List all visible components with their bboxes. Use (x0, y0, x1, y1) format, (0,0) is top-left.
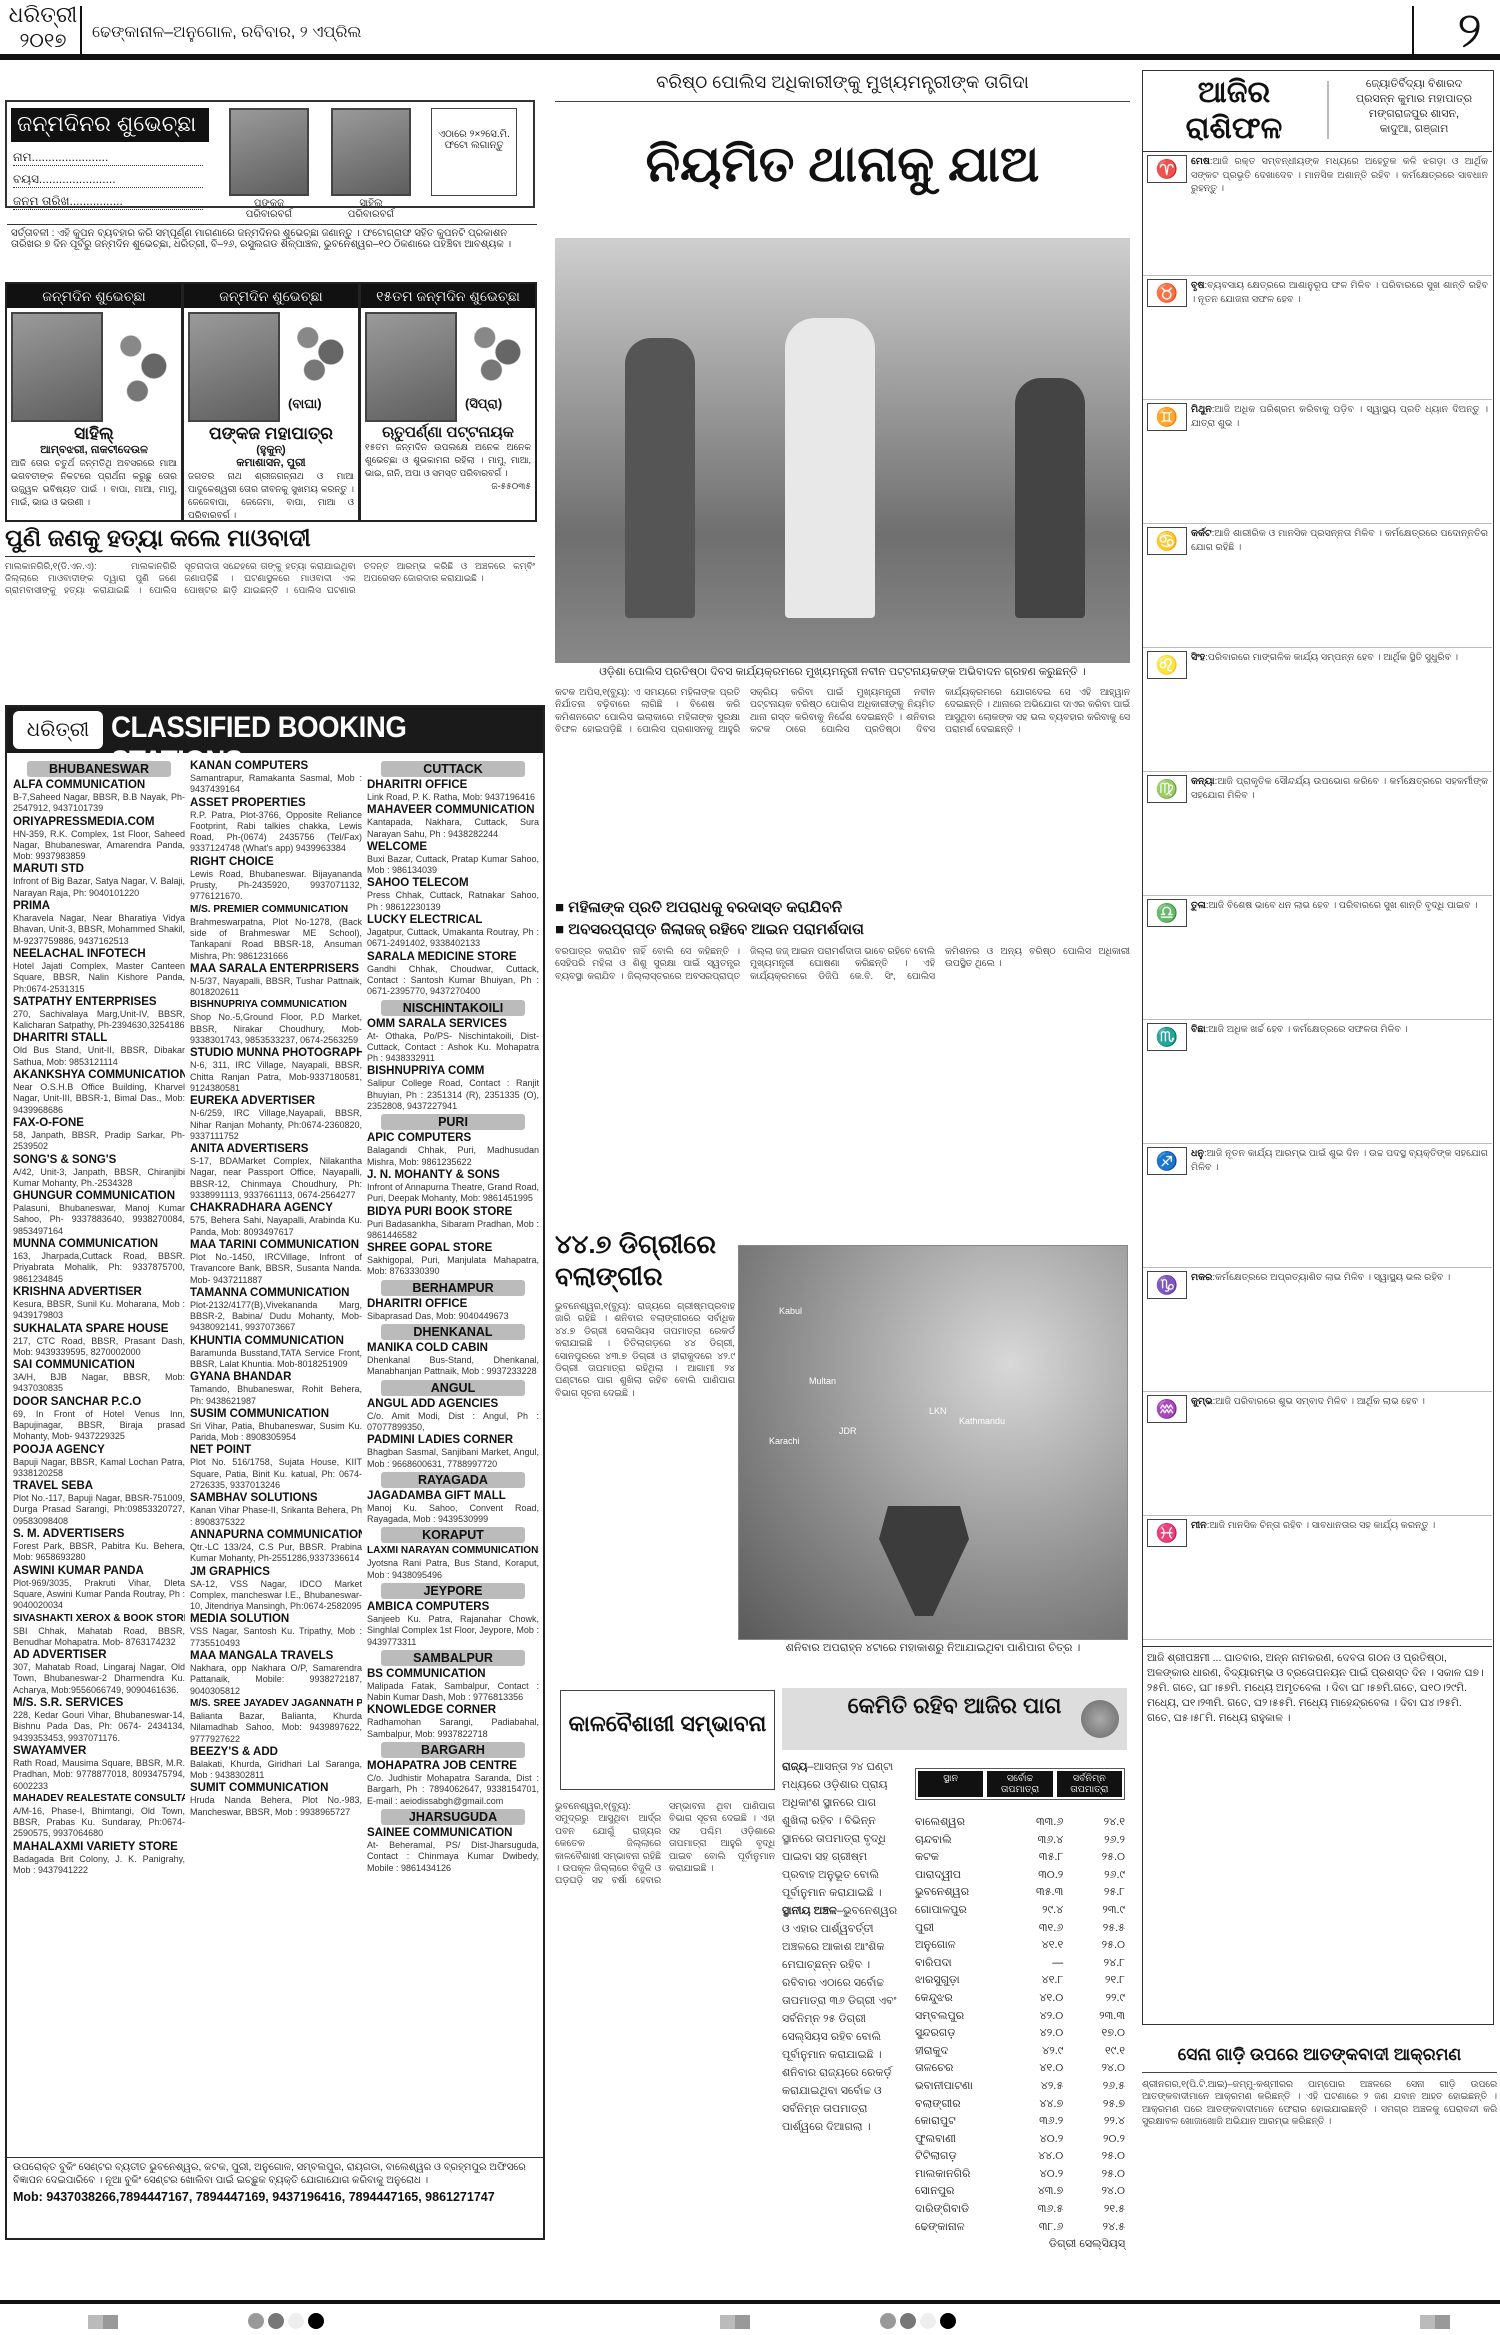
sign-prediction: :ଆଜି ନୂତନ କାର୍ଯ୍ୟ ଆରମ୍ଭ ପାଇଁ ଶୁଭ ଦିନ । ଉ… (1191, 1148, 1488, 1173)
figure-silhouette (1015, 378, 1085, 618)
min-temp: ୨୨.୯ (1063, 1990, 1125, 2008)
city-label: KORAPUT (381, 1527, 525, 1543)
min-temp: ୨୫.୮ (1063, 1884, 1125, 1902)
station-name: S. M. ADVERTISERS (13, 1527, 185, 1541)
booking-station: MAHADEV REALESTATE CONSULTANCYA/M-16, Ph… (13, 1792, 185, 1840)
station-address: Rath Road, Mausima Square, BBSR, M.R. Pr… (13, 1758, 185, 1792)
temperature-row: ମାଲକାନଗିରି୪୦.୨୨୫.୦ (915, 2166, 1125, 2184)
army-attack-headline: ସେନା ଗାଡ଼ି ଉପରେ ଆତଙ୍କବାଦୀ ଆକ୍ରମଣ (1142, 2045, 1497, 2073)
sign-name: କର୍କଟ (1191, 528, 1212, 539)
min-temp: ୨୪.୦ (1063, 2183, 1125, 2201)
place-name: ତାଳଚେର (915, 2060, 1001, 2078)
station-name: SHREE GOPAL STORE (367, 1241, 539, 1255)
booking-station: S. M. ADVERTISERSForest Park, BBSR, Pabi… (13, 1527, 185, 1564)
min-temp: ୨୬.୫ (1063, 2078, 1125, 2096)
place-name: ଟିଟିଲାଗଡ଼ (915, 2148, 1001, 2166)
station-name: SATPATHY ENTERPRISES (13, 995, 185, 1009)
booking-station: SUMIT COMMUNICATIONHruda Nanda Behera, P… (190, 1781, 362, 1818)
station-name: MAHAVEER COMMUNICATION (367, 803, 539, 817)
booking-station: DOOR SANCHAR P.C.O69, In Front of Hotel … (13, 1395, 185, 1443)
masthead-divider (80, 6, 82, 56)
station-address: Sakhigopal, Puri, Manjulata Mahapatra, M… (367, 1255, 539, 1278)
city-label: BHUBANESWAR (27, 761, 171, 777)
max-temp: ୪୧.୧ (1001, 1937, 1063, 1955)
maoist-body: ମାଲକାନଗିରି,୧(ଡି.ଏନ.ଏ): ମାଲକାନଗିରି ଜିଲ୍ଲା… (5, 560, 535, 695)
map-label: Kathmandu (959, 1416, 1005, 1426)
zodiac-sign-entry: ♐ଧନୁ:ଆଜି ନୂତନ କାର୍ଯ୍ୟ ଆରମ୍ଭ ପାଇଁ ଶୁଭ ଦିନ… (1143, 1144, 1492, 1268)
station-name: DOOR SANCHAR P.C.O (13, 1395, 185, 1409)
color-dot (248, 2313, 264, 2329)
lead-photo-caption: ଓଡ଼ିଶା ପୋଲିସ ପ୍ରତିଷ୍ଠା ଦିବସ କାର୍ଯ୍ୟକ୍ରମର… (555, 666, 1130, 682)
booking-station: ANNAPURNA COMMUNICATIONQtr.-LC 133/24, C… (190, 1528, 362, 1565)
station-name: SAMBHAV SOLUTIONS (190, 1491, 362, 1505)
maoist-headline: ପୁଣି ଜଣକୁ ହତ୍ୟା କଲେ ମାଓବାଦୀ (5, 525, 535, 557)
child-name: ପଙ୍କଜ ମହାପାତ୍ର (184, 424, 358, 444)
station-address: N-6/259, IRC Village,Nayapali, BBSR, Nih… (190, 1108, 362, 1142)
zodiac-icon: ♊ (1147, 403, 1187, 431)
state-label: ରାଜ୍ୟ (782, 1761, 807, 1773)
station-address: Kantapada, Nakhara, Cuttack, Sura Naraya… (367, 817, 539, 840)
station-address: 307, Mahatab Road, Lingaraj Nagar, Old T… (13, 1662, 185, 1696)
place-name: ପାରାଦ୍ୱୀପ (915, 1867, 1001, 1885)
station-address: Plot-2132/4177(B),Vivekananda Marg, BBSR… (190, 1300, 362, 1334)
booking-station: MAA MANGALA TRAVELSNakhara, opp Nakhara … (190, 1649, 362, 1697)
station-name: M/S. PREMIER COMMUNICATION (190, 903, 362, 917)
station-name: SAHOO TELECOM (367, 876, 539, 890)
birthday-card: ଜନ୍ମଦିନ ଶୁଭେଚ୍ଛା ସାହିଲ୍ ଆମ୍ବଝରୀ, ନାକଟୀଦେ… (5, 282, 183, 522)
station-name: LUCKY ELECTRICAL (367, 913, 539, 927)
station-name: MAHADEV REALESTATE CONSULTANCY (13, 1792, 185, 1806)
color-dot (900, 2313, 916, 2329)
place-name: ବଲାଙ୍ଗୀର (915, 2096, 1001, 2114)
age-field[interactable]: ବୟସ....................... (13, 172, 203, 188)
station-name: ASSET PROPERTIES (190, 796, 362, 810)
booking-station: POOJA AGENCYBapuji Nagar, BBSR, Kamal Lo… (13, 1443, 185, 1480)
place-name: ଫୁଲବାଣୀ (915, 2131, 1001, 2149)
heat-body: ଭୁବନେଶ୍ୱର,୧(ବ୍ୟୁ): ରାଜ୍ୟରେ ଗ୍ରୀଷ୍ମପ୍ରବାହ… (555, 1300, 735, 1640)
city-label: ANGUL (381, 1380, 525, 1396)
sign-name: ଧନୁ (1191, 1148, 1204, 1159)
max-temp: ୩୧.୬ (1001, 1920, 1063, 1938)
station-name: MUNNA COMMUNICATION (13, 1237, 185, 1251)
registration-mark (720, 2315, 750, 2329)
min-temp: ୨୫.୭ (1063, 2096, 1125, 2114)
station-address: Lewis Road, Bhubaneswar. Bijayananda Pru… (190, 869, 362, 903)
station-address: 163, Jharpada,Cuttack Road, BBSR. Priyab… (13, 1251, 185, 1285)
zodiac-sign-entry: ♒କୁମ୍ଭ:ଆଜି ପରିବାରରେ ଶୁଭ ସମ୍ବାଦ ମିଳିବ । ଆ… (1143, 1392, 1492, 1516)
max-temp: ୩୬.୪ (1001, 1832, 1063, 1850)
max-temp: ୩୩.୬ (1001, 1814, 1063, 1832)
sample-photo (229, 108, 309, 196)
place-name: ସମ୍ବଲପୁର (915, 2008, 1001, 2026)
registration-mark (1420, 2315, 1450, 2329)
booking-station: SATPATHY ENTERPRISES270, Sachivalaya Mar… (13, 995, 185, 1032)
sign-prediction: :ଆଜି ବିଶେଷ ଭାବେ ଧନ ଲାଭ ହେବ । ପରିବାରରେ ସୁ… (1206, 900, 1478, 911)
station-address: Kanan Vihar Phase-II, Srikanta Behera, P… (190, 1505, 362, 1528)
zodiac-sign-entry: ♉ବୃଷ:ବ୍ୟବସାୟ କ୍ଷେତ୍ରରେ ଆଶାନୁରୂପ ଫଳ ମିଳିବ… (1143, 276, 1492, 400)
booking-station: M/S. S.R. SERVICES228, Kedar Gouri Vihar… (13, 1696, 185, 1744)
booking-station: SONG'S & SONG'SA/42, Unit-3, Janpath, BB… (13, 1153, 185, 1190)
temperature-row: କୋରାପୁଟ୩୬.୨୨୨.୪ (915, 2113, 1125, 2131)
booking-station: SAMBHAV SOLUTIONSKanan Vihar Phase-II, S… (190, 1491, 362, 1528)
booking-station: SUSIM COMMUNICATIONSri Vihar, Patia, Bhu… (190, 1407, 362, 1444)
booking-station: OMM SARALA SERVICESAt- Othaka, Po/PS- Ni… (367, 1017, 539, 1065)
booking-station: GYANA BHANDARTamando, Bhubaneswar, Rohit… (190, 1370, 362, 1407)
station-address: Badagada Brit Colony, J. K. Panigrahy, M… (13, 1854, 185, 1877)
zodiac-sign-entry: ♏ବିଛା:ଆଜି ଅଧିକ ଖର୍ଚ୍ଚ ହେବ । କର୍ମକ୍ଷେତ୍ରର… (1143, 1020, 1492, 1144)
station-name: GYANA BHANDAR (190, 1370, 362, 1384)
max-temp: ୪୦.୨ (1001, 2131, 1063, 2149)
station-name: ANITA ADVERTISERS (190, 1142, 362, 1156)
place-name: ଦାରିଙ୍ଗିବାଡି (915, 2201, 1001, 2219)
station-address: Plot-969/3035, Prakruti Vihar, Dleta Squ… (13, 1578, 185, 1612)
min-temp: ୨୪.୮ (1063, 1955, 1125, 1973)
station-name: POOJA AGENCY (13, 1443, 185, 1457)
station-name: MANIKA COLD CABIN (367, 1341, 539, 1355)
child-place: କମାଶାସନ, ପୁରୀ (184, 457, 358, 470)
color-dot (940, 2313, 956, 2329)
station-address: 228, Kedar Gouri Vihar, Bhubaneswar-14, … (13, 1710, 185, 1744)
station-address: Sibaprasad Das, Mob: 9040449673 (367, 1311, 539, 1322)
child-name: ଋତୁପର୍ଣ୍ଣା ପଟ୍ଟନାୟକ (361, 424, 535, 441)
max-temp: ୩୫.୮ (1001, 1849, 1063, 1867)
place-name: କୋରାପୁଟ (915, 2113, 1001, 2131)
min-temp: ୨୨.୪ (1063, 2113, 1125, 2131)
station-name: GHUNGUR COMMUNICATION (13, 1189, 185, 1203)
max-temp: ୩୬.୫ (1001, 2201, 1063, 2219)
station-address: Tamando, Bhubaneswar, Rohit Behera, Ph: … (190, 1384, 362, 1407)
child-photo (188, 312, 280, 422)
min-temp: ୨୦.୨ (1063, 2131, 1125, 2149)
place-name: କେନ୍ଦୁଝର (915, 1990, 1001, 2008)
booking-station: STUDIO MUNNA PHOTOGRAPHYN-6, 311, IRC Vi… (190, 1046, 362, 1094)
booking-station: BEEZY'S & ADDBalakati, Khurda, Giridhari… (190, 1745, 362, 1782)
city-label: JEYPORE (381, 1583, 525, 1599)
zodiac-icon: ♒ (1147, 1395, 1187, 1423)
max-temp: ୪୦.୨ (1001, 2166, 1063, 2184)
station-name: TAMANNA COMMUNICATION (190, 1286, 362, 1300)
wish-message: ଜଗତର ନାଥ ଶ୍ରୀଜଗନ୍ନାଥ ଓ ମାଆ ପାଦୁକେଶ୍ୱରୀ ତ… (184, 470, 358, 522)
booking-station: MAA SARALA ENTERPRISERSN-5/37, Nayapalli… (190, 962, 362, 999)
flowers-image (288, 316, 354, 388)
station-name: OMM SARALA SERVICES (367, 1017, 539, 1031)
sign-prediction: :ଆଜି ପ୍ରାକୃତିକ ସୌନ୍ଦର୍ଯ୍ୟ ଉପଭୋଗ କରିବେ । … (1191, 776, 1488, 801)
booking-station: CHAKRADHARA AGENCY575, Behera Sahi, Naya… (190, 1201, 362, 1238)
min-temp: ୨୧.୮ (1063, 1972, 1125, 1990)
wish-message: ୧୫ତମ ଜନ୍ମଦିନ ଉପଲକ୍ଷେ ଅନେକ ଅନେକ ଶୁଭେଚ୍ଛା … (361, 441, 535, 480)
station-address: Radhamohan Sarangi, Padiabahal, Sambalpu… (367, 1717, 539, 1740)
max-temp: ୩୮.୬ (1001, 2219, 1063, 2237)
astrologer-byline: ଜ୍ୟୋତିର୍ବିଦ୍ୟା ବିଶାରଦ ପ୍ରସନ୍ନ କୁମାର ମହାପ… (1339, 77, 1489, 137)
station-address: Forest Park, BBSR, Pabitra Ku. Behera, M… (13, 1541, 185, 1564)
station-name: BISHNUPRIYA COMMUNICATION (190, 998, 362, 1012)
booking-station: LUCKY ELECTRICALJagatpur, Cuttack, Umaka… (367, 913, 539, 950)
sign-prediction: :ଆଜି ପରିବାରରେ ଶୁଭ ସମ୍ବାଦ ମିଳିବ । ଆର୍ଥିକ … (1213, 1396, 1425, 1407)
booking-station: BIDYA PURI BOOK STOREPuri Badasankha, Si… (367, 1205, 539, 1242)
card-header: ଜନ୍ମଦିନ ଶୁଭେଚ୍ଛା (7, 284, 181, 308)
station-address: 3A/H, BJB Nagar, BBSR, Mob: 9437030835 (13, 1372, 185, 1395)
station-name: JM GRAPHICS (190, 1565, 362, 1579)
station-address: Balianta Bazar, Balianta, Khurda Nilamad… (190, 1711, 362, 1745)
station-name: DHARITRI STALL (13, 1031, 185, 1045)
booking-station: DHARITRI OFFICESibaprasad Das, Mob: 9040… (367, 1297, 539, 1322)
station-name: KANAN COMPUTERS (190, 759, 362, 773)
station-name: CHAKRADHARA AGENCY (190, 1201, 362, 1215)
max-temp: ୪୨.୯ (1001, 2043, 1063, 2061)
temperature-row: ଗୋପାଳପୁର୨୯.୪୨୩.୯ (915, 1902, 1125, 1920)
station-address: A/42, Unit-3, Janpath, BBSR, Chiranjibi … (13, 1167, 185, 1190)
station-address: Balakati, Khurda, Giridhari Lal Saranga,… (190, 1759, 362, 1782)
flowers-image (465, 316, 531, 388)
temperature-table: ସ୍ଥାନ ସର୍ବୋଚ୍ଚ ତାପମାତ୍ରା ସର୍ବନିମ୍ନ ତାପମା… (915, 1768, 1125, 2251)
zodiac-sign-entry: ♓ମୀନ:ଆଜି ମାନସିକ ଚିନ୍ତା ରହିବ । ସାବଧାନତାର … (1143, 1516, 1492, 1640)
station-address: C/o. Judhistir Mohapatra Saranda, Dist :… (367, 1773, 539, 1807)
place-name: ଚାନ୍ଦବାଲି (915, 1832, 1001, 1850)
birthday-card: ଜନ୍ମଦିନ ଶୁଭେଚ୍ଛା (ବାଘା) ପଙ୍କଜ ମହାପାତ୍ର (… (182, 282, 360, 522)
station-address: 575, Behera Sahi, Nayapalli, Arabinda Ku… (190, 1215, 362, 1238)
station-address: Jyotsna Rani Patra, Bus Stand, Koraput, … (367, 1558, 539, 1581)
color-dot (308, 2313, 324, 2329)
temperature-row: ସମ୍ବଲପୁର୪୨.୦୨୩.୩ (915, 2008, 1125, 2026)
booking-station: MOHAPATRA JOB CENTREC/o. Judhistir Mohap… (367, 1759, 539, 1807)
booking-station: SUKHALATA SPARE HOUSE217, CTC Road, BBSR… (13, 1322, 185, 1359)
map-label: Multan (809, 1376, 836, 1386)
temperature-row: ପାରାଦ୍ୱୀପ୩୦.୨୨୬.୯ (915, 1867, 1125, 1885)
station-name: SONG'S & SONG'S (13, 1153, 185, 1167)
zodiac-sign-entry: ♌ସିଂହ:ପରିବାରରେ ମାଙ୍ଗଳିକ କାର୍ଯ୍ୟ ସମ୍ପନ୍ନ … (1143, 648, 1492, 772)
booking-station: ANGUL ADD AGENCIESC/o. Amit Modi, Dist :… (367, 1397, 539, 1434)
station-address: Infront of Big Bazar, Satya Nagar, V. Ba… (13, 876, 185, 899)
temperature-row: ଢେଙ୍କାନାଳ୩୮.୬୨୪.୫ (915, 2219, 1125, 2237)
station-address: Nakhara, opp Nakhara O/P, Samarendra Pat… (190, 1663, 362, 1697)
divider (1327, 81, 1329, 139)
color-dot (880, 2313, 896, 2329)
booking-station: WELCOMEBuxi Bazar, Cuttack, Pratap Kumar… (367, 840, 539, 877)
station-name: MAHALAXMI VARIETY STORE (13, 1840, 185, 1854)
station-address: Qtr.-LC 133/24, C.S Pur, BBSR. Prabina K… (190, 1542, 362, 1565)
classified-column-3: CUTTACKDHARITRI OFFICELink Road, P. K. R… (367, 759, 539, 2149)
india-landmass (879, 1506, 969, 1616)
max-temp: ୪୪.୦ (1001, 2148, 1063, 2166)
station-address: Shop No.-5,Ground Floor, P.D Market, BBS… (190, 1012, 362, 1046)
place-name: ପୁରୀ (915, 1920, 1001, 1938)
place-name: ସୋନପୁର (915, 2183, 1001, 2201)
station-address: A/M-16, Phase-I, Bhimtangi, Old Town, BB… (13, 1806, 185, 1840)
station-name: SWAYAMVER (13, 1744, 185, 1758)
booking-station: SHREE GOPAL STORESakhigopal, Puri, Manju… (367, 1241, 539, 1278)
city-label: PURI (381, 1114, 525, 1130)
classified-column-2: KANAN COMPUTERSSamantrapur, Ramakanta Sa… (190, 759, 362, 2149)
max-temp: — (1001, 1955, 1063, 1973)
lead-kicker: ବରିଷ୍ଠ ପୋଲିସ ଅଧିକାରୀଙ୍କୁ ମୁଖ୍ୟମନ୍ତ୍ରୀଙ୍କ… (555, 72, 1130, 102)
min-temp: ୨୬.୯ (1063, 1867, 1125, 1885)
sign-prediction: :ଆଜି ରକ୍ତ ସମ୍ବନ୍ଧୀୟଙ୍କ ମଧ୍ୟରେ ଅହେତୁକ କଳି… (1191, 156, 1488, 194)
booking-station: SIVASHAKTI XEROX & BOOK STORESBI Chhak, … (13, 1612, 185, 1649)
station-address: Plot No. 516/1758, Sujata House, KIIT Sq… (190, 1457, 362, 1491)
logo-text: ଧରିତ୍ରୀ (8, 4, 78, 28)
temperature-row: କଟକ୩୫.୮୨୫.୦ (915, 1849, 1125, 1867)
station-address: C/o. Amit Modi, Dist : Angul, Ph : 07077… (367, 1411, 539, 1434)
booking-station: NET POINTPlot No. 516/1758, Sujata House… (190, 1443, 362, 1491)
zodiac-icon: ♐ (1147, 1147, 1187, 1175)
lead-headline: ନିୟମିତ ଥାନାକୁ ଯାଅ (555, 104, 1130, 224)
lead-body: କଟକ ଅପିସ,୧(ବ୍ୟୁ): ଏ ସମୟରେ ମହିଳାଙ୍କ ପ୍ରତି… (555, 686, 1130, 886)
station-name: MEDIA SOLUTION (190, 1612, 362, 1626)
map-label: JDR (839, 1426, 857, 1436)
sample-photo (331, 108, 411, 196)
name-field[interactable]: ନାମ....................... (13, 150, 203, 166)
child-photo (11, 312, 103, 422)
station-address: Hruda Nanda Behera, Plot No.-983, Manche… (190, 1795, 362, 1818)
booking-station: MUNNA COMMUNICATION163, Jharpada,Cuttack… (13, 1237, 185, 1285)
heat-headline: ୪୪.୭ ଡିଗ୍ରୀରେ ବଲାଙ୍ଗୀର (555, 1228, 735, 1292)
sign-prediction: :ଆଜି ମାନସିକ ଚିନ୍ତା ରହିବ । ସାବଧାନତାର ସହ କ… (1207, 1520, 1436, 1531)
nickname: (ସିପ୍ରା) (465, 396, 502, 412)
sign-name: ମିଥୁନ (1191, 404, 1212, 415)
station-address: Plot No.-1450, IRCVillage, Infront of Tr… (190, 1252, 362, 1286)
station-address: Malipada Fatak, Sambalpur, Contact : Nab… (367, 1681, 539, 1704)
station-address: Link Road, P. K. Ratha, Mob: 9437196416 (367, 792, 539, 803)
temperature-row: ହୀରାକୁଦ୪୨.୯୧୯.୧ (915, 2043, 1125, 2061)
booking-station: SWAYAMVERRath Road, Mausima Square, BBSR… (13, 1744, 185, 1792)
place-name: ଝାରସୁଗୁଡ଼ା (915, 1972, 1001, 1990)
station-address: At- Beheramal, PS/ Dist-Jharsuguda, Cont… (367, 1840, 539, 1874)
masthead: ଧରିତ୍ରୀ ୨୦୧୭ ଢେଙ୍କାନାଳ–ଅନୁଗୋଳ, ରବିବାର, ୨… (0, 0, 1500, 60)
table-body: ବାଲେଶ୍ୱର୩୩.୬୨୪.୧ଚାନ୍ଦବାଲି୩୬.୪୨୬.୨କଟକ୩୫.୮… (915, 1814, 1125, 2236)
child-photo (365, 312, 457, 422)
zodiac-icon: ♉ (1147, 279, 1187, 307)
place-name: ଭବାନୀପାଟଣା (915, 2078, 1001, 2096)
booking-station: BISHNUPRIYA COMMSalipur College Road, Co… (367, 1064, 539, 1112)
figure-silhouette (625, 338, 695, 618)
zodiac-sign-entry: ♎ତୁଳା:ଆଜି ବିଶେଷ ଭାବେ ଧନ ଲାଭ ହେବ । ପରିବାର… (1143, 896, 1492, 1020)
classified-booking-stations: ଧରିତ୍ରୀ CLASSIFIED BOOKING STATIONS BHUB… (5, 705, 545, 2240)
color-dot (288, 2313, 304, 2329)
booking-station: ALFA COMMUNICATIONB-7,Saheed Nagar, BBSR… (13, 778, 185, 815)
zodiac-icon: ♓ (1147, 1519, 1187, 1547)
temperature-row: ଫୁଲବାଣୀ୪୦.୨୨୦.୨ (915, 2131, 1125, 2149)
booking-station: TAMANNA COMMUNICATIONPlot-2132/4177(B),V… (190, 1286, 362, 1334)
station-name: SUMIT COMMUNICATION (190, 1781, 362, 1795)
station-address: 270, Sachivalaya Marg,Unit-IV, BBSR, Kal… (13, 1009, 185, 1032)
figure-silhouette (785, 318, 875, 618)
station-address: Palasuni, Bhubaneswar, Manoj Kumar Sahoo… (13, 1203, 185, 1237)
station-name: RIGHT CHOICE (190, 855, 362, 869)
station-name: SAI COMMUNICATION (13, 1358, 185, 1372)
station-name: M/S. SREE JAYADEV JAGANNATH PHOTOSHOP (190, 1697, 362, 1711)
station-address: Samantrapur, Ramakanta Sasmal, Mob : 943… (190, 773, 362, 796)
sign-name: କୁମ୍ଭ (1191, 1396, 1213, 1407)
coupon-title: ଜନ୍ମଦିନର ଶୁଭେଚ୍ଛା (11, 108, 209, 142)
booking-station: MAA TARINI COMMUNICATIONPlot No.-1450, I… (190, 1238, 362, 1286)
lead-subheads: ■ ମହିଳାଙ୍କ ପ୍ରତି ଅପରାଧକୁ ବରଦାସ୍ତ କରାଯିବନ… (555, 897, 890, 941)
booking-station: DHARITRI STALLOld Bus Stand, Unit-II, BB… (13, 1031, 185, 1068)
city-label: NISCHINTAKOILI (381, 1000, 525, 1016)
map-caption: ଶନିବାର ଅପରାହ୍ନ ୪ଟାରେ ମହାକାଶରୁ ନିଆଯାଇଥିବା… (738, 1642, 1128, 1655)
temperature-row: ଭୁବନେଶ୍ୱର୩୫.୩୨୫.୮ (915, 1884, 1125, 1902)
max-temp: ୪୧.୮ (1001, 1972, 1063, 1990)
min-temp: ୨୬.୨ (1063, 1832, 1125, 1850)
place-name: ବାଲେଶ୍ୱର (915, 1814, 1001, 1832)
booking-station: MAHAVEER COMMUNICATIONKantapada, Nakhara… (367, 803, 539, 840)
zodiac-sign-entry: ♋କର୍କଟ:ଆଜି ଶାରୀରିକ ଓ ମାନସିକ ପ୍ରସନ୍ନତା ମି… (1143, 524, 1492, 648)
station-address: Bhagban Sasmal, Sanjibani Market, Angul,… (367, 1447, 539, 1470)
flowers-image (111, 316, 177, 416)
station-address: N-5/37, Nayapalli, BBSR, Tushar Pattnaik… (190, 976, 362, 999)
zodiac-icon: ♈ (1147, 155, 1187, 183)
city-label: RAYAGADA (381, 1472, 525, 1488)
max-temp: ୪୩.୭ (1001, 2183, 1063, 2201)
station-name: LAXMI NARAYAN COMMUNICATIONS (367, 1544, 539, 1558)
station-name: PRIMA (13, 899, 185, 913)
zodiac-icon: ♎ (1147, 899, 1187, 927)
classified-banner: ଧରିତ୍ରୀ CLASSIFIED BOOKING STATIONS (7, 707, 543, 753)
color-dot (920, 2313, 936, 2329)
min-temp: ୨୩.୯ (1063, 1902, 1125, 1920)
classified-footer: ଉପରୋକ୍ତ ବୁକିଂ ସେଣ୍ଟର ବ୍ୟତୀତ ଭୁବନେଶ୍ୱର, କ… (7, 2157, 543, 2207)
station-address: Old Bus Stand, Unit-II, BBSR, Dibakar Sa… (13, 1045, 185, 1068)
min-temp: ୧୭.୦ (1063, 2025, 1125, 2043)
station-address: Sanjeeb Ku. Patra, Rajanahar Chowk, Sing… (367, 1614, 539, 1648)
birthdate-field[interactable]: ଜନ୍ମ ତାରିଖ................ (13, 194, 203, 210)
station-address: Bapuji Nagar, BBSR, Kamal Lochan Patra, … (13, 1457, 185, 1480)
sign-name: କନ୍ୟା (1191, 776, 1215, 787)
booking-station: KNOWLEDGE CORNERRadhamohan Sarangi, Padi… (367, 1703, 539, 1740)
birthday-coupon: ଜନ୍ମଦିନର ଶୁଭେଚ୍ଛା ନାମ...................… (5, 100, 535, 208)
booking-station: KANAN COMPUTERSSamantrapur, Ramakanta Sa… (190, 759, 362, 796)
coupon-rules: ସର୍ତ୍ତାବଳୀ : ଏହି କୁପନ ବ୍ୟବହାର କରି ସମ୍ପୂର… (7, 224, 537, 264)
max-temp: ୪୨.୫ (1001, 2078, 1063, 2096)
max-temp: ୩୦.୨ (1001, 1867, 1063, 1885)
min-temp: ୨୫.୫ (1063, 1920, 1125, 1938)
min-temp: ୨୪.୫ (1063, 2219, 1125, 2237)
station-name: SIVASHAKTI XEROX & BOOK STORE (13, 1612, 185, 1626)
station-address: Puri Badasankha, Sibaram Pradhan, Mob : … (367, 1219, 539, 1242)
temperature-unit: ଡିଗ୍ରୀ ସେଲ୍ସିୟସ୍ (915, 2238, 1125, 2251)
page-number: ୨ (1457, 2, 1482, 58)
place-name: ଭୁବନେଶ୍ୱର (915, 1884, 1001, 1902)
zodiac-icon: ♑ (1147, 1271, 1187, 1299)
station-name: STUDIO MUNNA PHOTOGRAPHY (190, 1046, 362, 1060)
station-name: DHARITRI OFFICE (367, 778, 539, 792)
table-header: ସ୍ଥାନ ସର୍ବୋଚ୍ଚ ତାପମାତ୍ରା ସର୍ବନିମ୍ନ ତାପମା… (915, 1768, 1125, 1800)
cloud-sun-icon (1081, 1700, 1119, 1738)
lead-body-continued: ବରପାତ୍ର କରାଯିବ ନାହିଁ ବୋଲି ସେ କହିଛନ୍ତି । … (555, 945, 1130, 1200)
station-name: ASWINI KUMAR PANDA (13, 1564, 185, 1578)
station-name: DHARITRI OFFICE (367, 1297, 539, 1311)
station-address: Near O.S.H.B Office Building, Kharvel Na… (13, 1082, 185, 1116)
panjika-text: ଆଜି ଶ୍ରୀପଞ୍ଚମୀ ... ଘାତବାର, ଅନ୍ନ ନାମକରଣ, … (1143, 1646, 1492, 1730)
sign-prediction: :ଆଜି ଅଧିକ ପରିଶ୍ରମ କରିବାକୁ ପଡ଼ିବ । ସ୍ୱାସ୍… (1191, 404, 1488, 429)
station-name: MAA MANGALA TRAVELS (190, 1649, 362, 1663)
max-temp: ୩୫.୩ (1001, 1884, 1063, 1902)
ad-code: ଜ-୫୫୦୩୫ (361, 480, 535, 493)
station-address: B-7,Saheed Nagar, BBSR, B.B Nayak, Ph- 2… (13, 792, 185, 815)
max-temp: ୪୪.୭ (1001, 2096, 1063, 2114)
bottom-rule (0, 2300, 1500, 2304)
booking-station: JAGADAMBA GIFT MALLManoj Ku. Sahoo, Conv… (367, 1489, 539, 1526)
station-address: SA-12, VSS Nagar, IDCO Market Complex, m… (190, 1579, 362, 1613)
storm-headline: କାଳବୈଶାଖୀ ସମ୍ଭାବନା (561, 1691, 774, 1739)
temperature-row: ତାଳଚେର୪୧.୦୨୪.୦ (915, 2060, 1125, 2078)
sign-prediction: :କର୍ମକ୍ଷେତ୍ରରେ ଅପ୍ରତ୍ୟାଶିତ ଲାଭ ମିଳିବ । ସ… (1212, 1272, 1450, 1283)
max-temp: ୩୬.୨ (1001, 2113, 1063, 2131)
sign-name: ବିଛା (1191, 1024, 1206, 1035)
max-temp: ୪୨.୦ (1001, 2008, 1063, 2026)
city-label: BARGARH (381, 1742, 525, 1758)
station-name: EUREKA ADVERTISER (190, 1094, 362, 1108)
booking-station: SAHOO TELECOMPress Chhak, Cuttack, Ratna… (367, 876, 539, 913)
